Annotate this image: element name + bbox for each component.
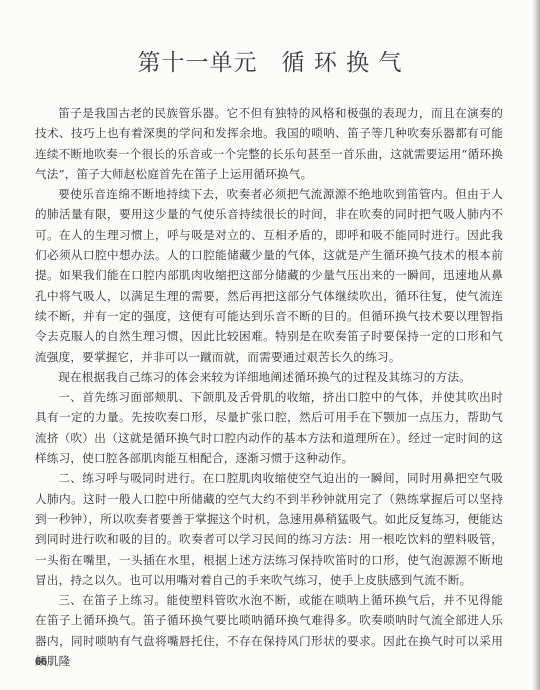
- chapter-title: 第十一单元 循 环 换 气: [0, 44, 540, 77]
- paragraph-method-intro: 现在根据我自己练习的体会来较为详细地阐述循环换气的过程及其练习的方法。: [35, 367, 503, 387]
- paragraph-step-one: 一、首先练习面部颊肌、下颌肌及舌骨肌的收缩，挤出口腔中的气体，并使其吹出时具有一…: [35, 387, 503, 468]
- paragraph-intro: 笛子是我国古老的民族管乐器。它不但有独特的风格和极强的表现力，而且在演奏的技术、…: [35, 103, 503, 184]
- page-number: 66: [35, 656, 47, 668]
- paragraph-step-three: 三、在笛子上练习。能使塑料管吹水泡不断，或能在唢呐上循环换气后，并不见得能在笛子…: [35, 590, 503, 671]
- binding-shadow: [532, 0, 540, 690]
- body-text: 笛子是我国古老的民族管乐器。它不但有独特的风格和极强的表现力，而且在演奏的技术、…: [35, 103, 503, 671]
- paragraph-step-two: 二、练习呼与吸同时进行。在口腔肌肉收缩使空气迫出的一瞬间，同时用鼻把空气吸人肺内…: [35, 468, 503, 590]
- paragraph-principle: 要使乐音连绵不断地持续下去，吹奏者必须把气流源源不绝地吹到笛管内。但由于人的肺活…: [35, 184, 503, 367]
- book-page: 第十一单元 循 环 换 气 笛子是我国古老的民族管乐器。它不但有独特的风格和极强…: [0, 0, 540, 690]
